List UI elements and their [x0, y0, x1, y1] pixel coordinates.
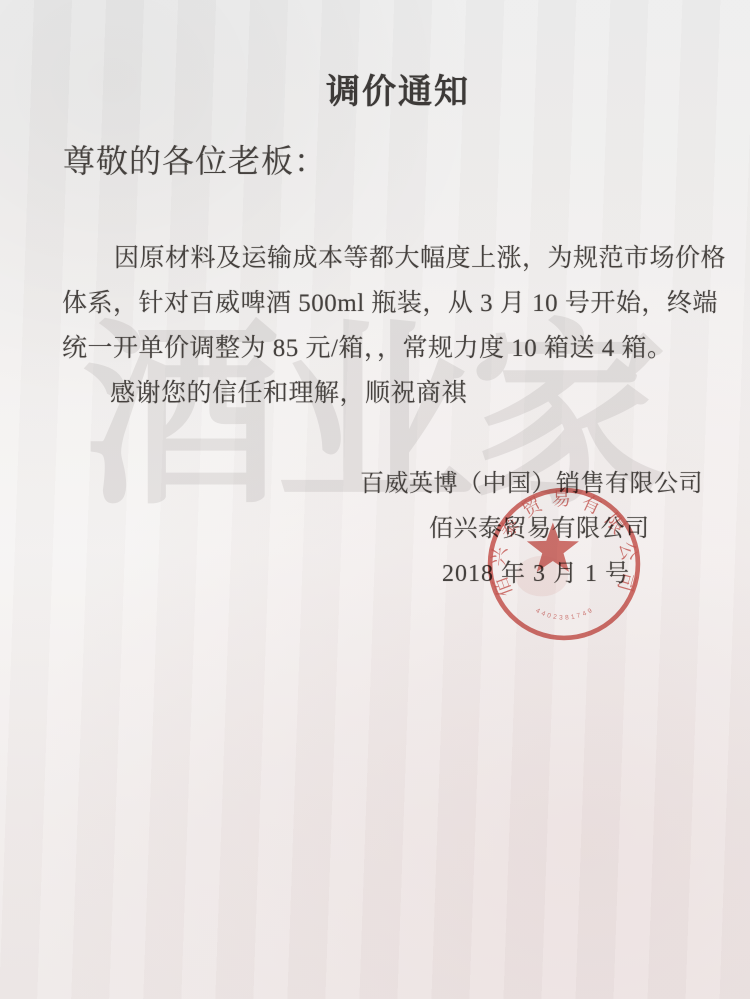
notice-title: 调价通知 — [326, 64, 470, 113]
company-seal-stamp: 佰兴泰贸易有限公司 4402381749 — [483, 483, 645, 645]
body-line-2: 体系，针对百威啤酒 500ml 瓶装，从 3 月 10 号开始，终端 — [62, 283, 718, 319]
body-line-3: 统一开单价调整为 85 元/箱，，常规力度 10 箱送 4 箱。 — [62, 328, 672, 364]
seal-serial-number: 4402381749 — [534, 606, 595, 621]
salutation: 尊敬的各位老板： — [63, 136, 327, 182]
body-closing-line: 感谢您的信任和理解，顺祝商祺 — [110, 373, 467, 409]
seal-serial-container: 4402381749 — [534, 606, 595, 621]
body-line-1: 因原材料及运输成本等都大幅度上涨，为规范市场价格 — [114, 238, 726, 274]
